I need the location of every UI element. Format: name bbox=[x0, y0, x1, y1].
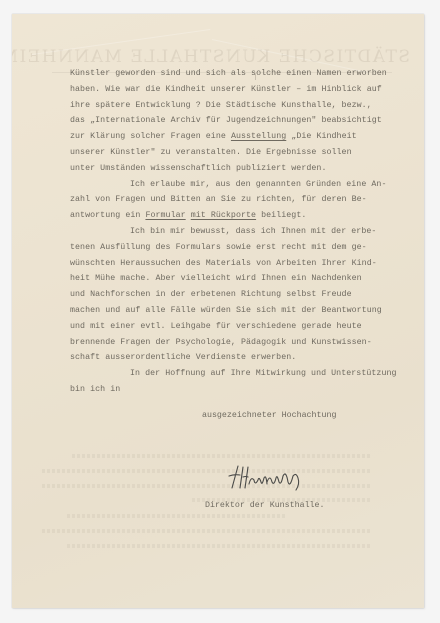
body-line: zahl von Fragen und Bitten an Sie zu ric… bbox=[70, 192, 420, 208]
underlined-word-rueckporte: mit Rückporte bbox=[191, 211, 256, 220]
body-line: Ich bin mir bewusst, dass ich Ihnen mit … bbox=[70, 224, 420, 240]
showthrough-line bbox=[42, 484, 372, 488]
letter-body: Künstler geworden sind und sich als solc… bbox=[70, 66, 420, 398]
signature-icon bbox=[226, 462, 306, 492]
showthrough-line bbox=[67, 514, 287, 518]
body-line: tenen Ausfüllung des Formulars sowie ers… bbox=[70, 240, 420, 256]
body-line: ihre spätere Entwicklung ? Die Städtisch… bbox=[70, 98, 420, 114]
body-text: antwortung ein bbox=[70, 211, 145, 220]
showthrough-line bbox=[72, 454, 372, 458]
showthrough-line bbox=[42, 529, 372, 533]
body-line: machen und auf alle Fälle würden Sie sic… bbox=[70, 303, 420, 319]
body-line: und mit einer evtl. Leihgabe für verschi… bbox=[70, 319, 420, 335]
body-line: bin ich in bbox=[70, 382, 420, 398]
body-line: das „Internationale Archiv für Jugendzei… bbox=[70, 113, 420, 129]
body-line: zur Klärung solcher Fragen eine Ausstell… bbox=[70, 129, 420, 145]
underlined-word-ausstellung: Ausstellung bbox=[231, 132, 286, 141]
signer-title: Direktor der Kunsthalle. bbox=[205, 501, 325, 510]
body-text: „Die Kindheit bbox=[286, 132, 356, 141]
letter-page: STÄDTISCHE KUNSTHALLE MANNHEIM Künstler … bbox=[12, 14, 424, 608]
body-line: In der Hoffnung auf Ihre Mitwirkung und … bbox=[70, 366, 420, 382]
body-text: zur Klärung solcher Fragen eine bbox=[70, 132, 231, 141]
body-line: Künstler geworden sind und sich als solc… bbox=[70, 66, 420, 82]
body-line: antwortung ein Formular mit Rückporte be… bbox=[70, 208, 420, 224]
closing-salutation: ausgezeichneter Hochachtung bbox=[202, 411, 336, 420]
body-line: und Nachforschen in der erbetenen Richtu… bbox=[70, 287, 420, 303]
body-line: Ich erlaube mir, aus den genannten Gründ… bbox=[70, 177, 420, 193]
underlined-word-formular: Formular bbox=[145, 211, 185, 220]
body-line: brennende Fragen der Psychologie, Pädago… bbox=[70, 335, 420, 351]
body-text: beiliegt. bbox=[256, 211, 306, 220]
letterhead-showthrough: STÄDTISCHE KUNSTHALLE MANNHEIM bbox=[30, 47, 410, 67]
body-line: unserer Künstler" zu veranstalten. Die E… bbox=[70, 145, 420, 161]
body-line: heit Mühe mache. Aber vielleicht wird Ih… bbox=[70, 271, 420, 287]
body-line: unter Umständen wissenschaftlich publizi… bbox=[70, 161, 420, 177]
showthrough-line bbox=[67, 544, 372, 548]
body-line: schaft ausserordentliche Verdienste erwe… bbox=[70, 350, 420, 366]
body-line: wünschten Heraussuchen des Materials von… bbox=[70, 256, 420, 272]
showthrough-line bbox=[42, 469, 372, 473]
body-line: haben. Wie war die Kindheit unserer Küns… bbox=[70, 82, 420, 98]
